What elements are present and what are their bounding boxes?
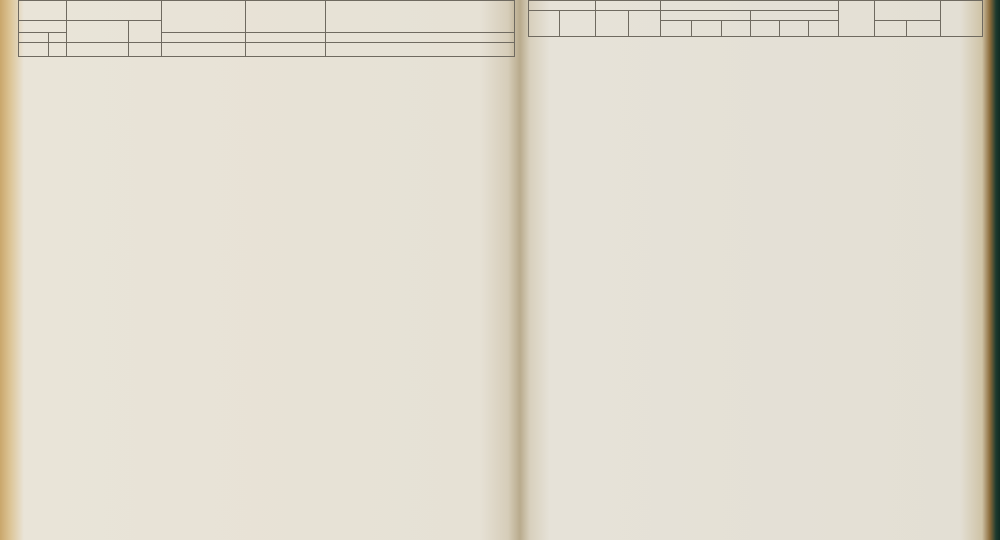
second-pilot-header xyxy=(246,1,326,33)
month-dash xyxy=(19,43,49,57)
dual-header xyxy=(596,11,629,37)
no-header xyxy=(129,21,162,43)
aircraft-header xyxy=(67,1,162,21)
pilot-header xyxy=(629,11,661,37)
logbook-left-page xyxy=(0,0,520,540)
left-footer xyxy=(18,496,514,540)
dual-header xyxy=(661,21,692,37)
duty-header xyxy=(326,1,515,33)
blank-cell xyxy=(246,43,326,57)
single-night-header xyxy=(596,1,661,11)
second-pilot-header xyxy=(722,21,751,37)
instr-cloud-header xyxy=(875,1,941,21)
date-header xyxy=(49,33,67,43)
logbook-right-page xyxy=(520,0,1000,540)
year-header xyxy=(19,1,67,21)
multi-engine-header xyxy=(661,1,839,11)
logbook-spread xyxy=(0,0,1000,540)
pilot-header xyxy=(162,1,246,33)
no-dash xyxy=(129,43,162,57)
date-dash xyxy=(49,43,67,57)
pilot-header xyxy=(907,21,941,37)
grand-total-value xyxy=(218,516,223,529)
first-pilot-header xyxy=(780,21,809,37)
dual-header xyxy=(751,21,780,37)
dual-header xyxy=(875,21,907,37)
link-trainer-header xyxy=(941,1,983,37)
totals-brought-forward-label xyxy=(326,33,515,43)
type-header xyxy=(67,21,129,43)
second-pilot-header xyxy=(809,21,839,37)
flight-times-table xyxy=(528,0,982,117)
second-dash xyxy=(246,33,326,43)
blank-cell xyxy=(326,43,515,57)
multi-day-header xyxy=(661,11,751,21)
dual-header xyxy=(529,11,560,37)
month-header xyxy=(19,33,49,43)
blank-cell xyxy=(162,43,246,57)
first-pilot-header xyxy=(692,21,722,37)
pilot-header xyxy=(560,11,596,37)
year-value-cell xyxy=(19,21,67,33)
single-day-header xyxy=(529,1,596,11)
pilot-dash xyxy=(162,33,246,43)
passenger-header xyxy=(839,1,875,37)
flight-entries-table xyxy=(18,0,514,57)
multi-night-header xyxy=(751,11,839,21)
type-dash xyxy=(67,43,129,57)
